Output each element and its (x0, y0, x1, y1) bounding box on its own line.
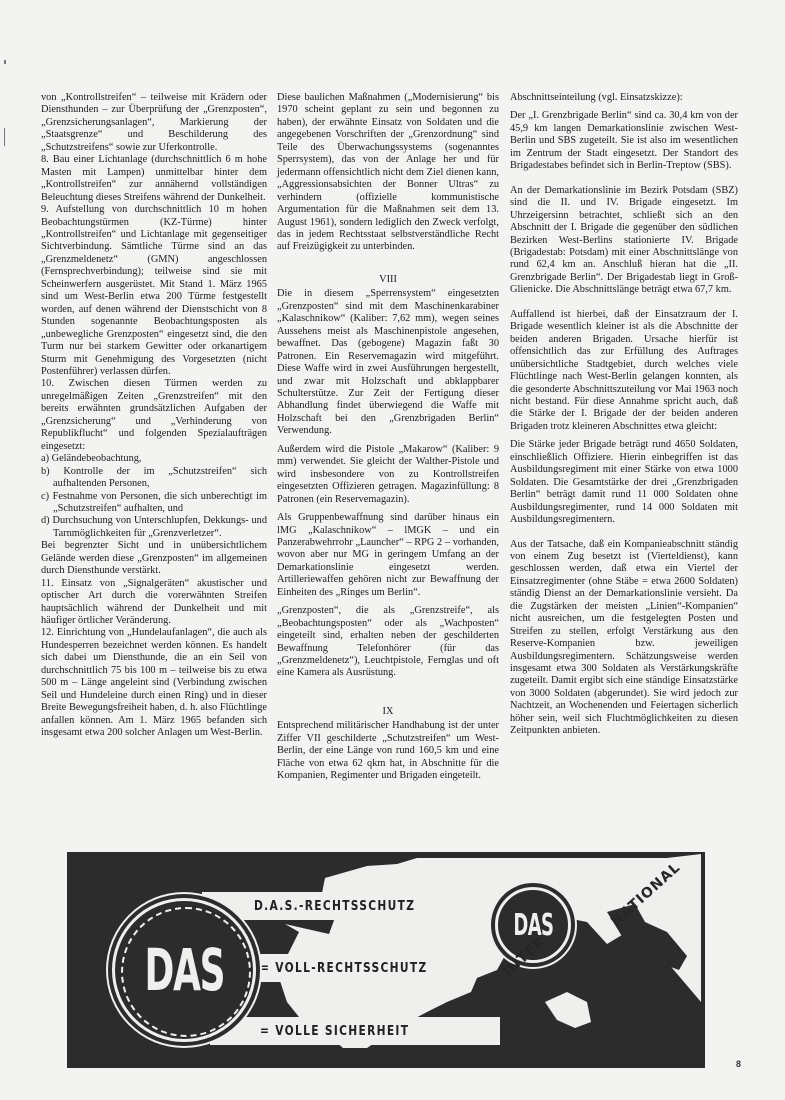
ad-band-3: = VOLLE SICHERHEIT (210, 1017, 500, 1045)
paragraph: Die Stärke jeder Brigade beträgt rund 46… (510, 439, 738, 526)
paragraph: 12. Einrichtung von „Hundelaufanlagen“, … (41, 627, 267, 739)
paragraph: An der Demarkationslinie im Bezirk Potsd… (510, 185, 738, 297)
paragraph: Aus der Tatsache, daß ein Kompanieabschn… (510, 539, 738, 738)
paragraph: 9. Aufstellung von durchschnittlich 10 m… (41, 204, 267, 378)
paragraph: Außerdem wird die Pistole „Makarow“ (Kal… (277, 444, 499, 506)
scan-edge-mark (4, 128, 5, 146)
list-item: c) Festnahme von Personen, die sich unbe… (41, 491, 267, 516)
paragraph: Der „I. Grenzbrigade Berlin“ sind ca. 30… (510, 110, 738, 172)
list-item: d) Durchsuchung von Unterschlupfen, Dekk… (41, 515, 267, 540)
paragraph: Diese baulichen Maßnahmen („Modernisieru… (277, 92, 499, 254)
ad-line-2: = VOLL-RECHTSSCHUTZ (260, 961, 427, 976)
list-item: b) Kontrolle der im „Schutzstreifen“ sic… (41, 466, 267, 491)
das-logo-text: DAS (144, 936, 224, 1004)
text-column-2: Diese baulichen Maßnahmen („Modernisieru… (277, 92, 499, 789)
paragraph: „Grenzposten“, die als „Grenzstreife“, a… (277, 605, 499, 680)
section-heading-ix: IX (277, 706, 499, 718)
das-logo-seal: DAS (112, 898, 256, 1042)
list-item: a) Geländebeobachtung, (41, 453, 267, 465)
paragraph: Auffallend ist hierbei, daß der Einsatzr… (510, 309, 738, 434)
task-list: a) Geländebeobachtung, b) Kontrolle der … (41, 453, 267, 540)
paragraph: Bei begrenzter Sicht und in unübersichtl… (41, 540, 267, 577)
paragraph: Die in diesem „Sperrensystem“ eingesetzt… (277, 288, 499, 437)
paragraph: 10. Zwischen diesen Türmen werden zu unr… (41, 378, 267, 453)
ad-band-1: D.A.S.-RECHTSSCHUTZ (202, 892, 534, 920)
page-number: 8 (736, 1059, 741, 1069)
paragraph: 11. Einsatz von „Signalgeräten“ akustisc… (41, 578, 267, 628)
paragraph: Als Gruppenbewaffnung sind darüber hinau… (277, 512, 499, 599)
scan-edge-mark (4, 60, 6, 64)
text-column-1: von „Kontrollstreifen“ – teilweise mit K… (41, 92, 267, 740)
ad-band-2: = VOLL-RECHTSSCHUTZ (260, 954, 460, 982)
paragraph: 8. Bau einer Lichtanlage (durchschnittli… (41, 154, 267, 204)
ad-line-3: = VOLLE SICHERHEIT (260, 1024, 409, 1039)
section-heading-viii: VIII (277, 274, 499, 286)
text-column-3: Abschnittseinteilung (vgl. Einsatzskizze… (510, 92, 738, 744)
paragraph: Entsprechend militärischer Handhabung is… (277, 720, 499, 782)
paragraph: Abschnittseinteilung (vgl. Einsatzskizze… (510, 92, 738, 104)
ad-line-1: D.A.S.-RECHTSSCHUTZ (254, 899, 415, 914)
das-advertisement: D.A.S.-RECHTSSCHUTZ = VOLL-RECHTSSCHUTZ … (67, 852, 705, 1068)
paragraph: von „Kontrollstreifen“ – teilweise mit K… (41, 92, 267, 154)
